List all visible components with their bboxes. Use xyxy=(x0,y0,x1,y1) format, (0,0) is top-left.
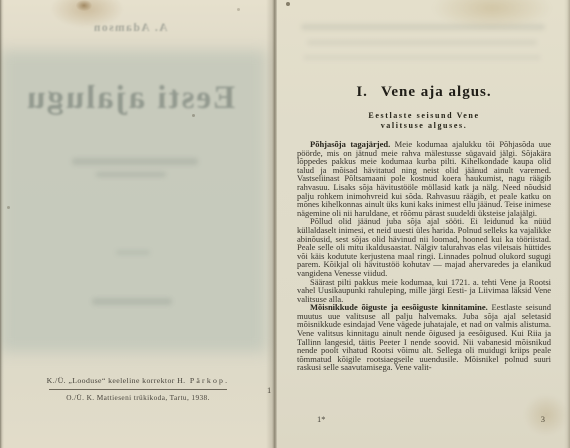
chapter-title: Vene aja algus. xyxy=(381,84,492,100)
paper-speck xyxy=(192,114,195,117)
ghost-title-text: Eesti ajalugu xyxy=(0,80,260,117)
ghost-smudge xyxy=(301,24,545,30)
ghost-smudge xyxy=(72,158,198,165)
book-scan: A. Adamson Eesti ajalugu K./Ü. „Looduse“… xyxy=(0,0,570,448)
page-footer: 1* 3 xyxy=(297,414,551,424)
body-text: Põhjasõja tagajärjed. Meie kodumaa ajalu… xyxy=(297,140,551,372)
paragraph-lead: Põhjasõja tagajärjed. xyxy=(310,139,395,149)
paragraph: Mõisnikkude õiguste ja eesõiguste kinnit… xyxy=(297,303,551,372)
paragraph: Põhjasõja tagajärjed. Meie kodumaa ajalu… xyxy=(297,140,551,217)
footer-page-number: 3 xyxy=(541,414,551,424)
ghost-smudge xyxy=(92,298,172,305)
section-subheading: Eestlaste seisund Vene valitsuse alguses… xyxy=(349,111,499,131)
imprint-printer-line: O./Ü. K. Mattieseni trükikoda, Tartu, 19… xyxy=(14,393,262,402)
page-edge-right xyxy=(564,0,570,448)
paper-speck xyxy=(286,2,290,6)
left-page: A. Adamson Eesti ajalugu K./Ü. „Looduse“… xyxy=(0,0,274,448)
footer-signature-mark: 1* xyxy=(297,414,326,424)
paragraph: Säärast pilti pakkus meie kodumaa, kui 1… xyxy=(297,278,551,304)
right-page: I.Vene aja algus. Eestlaste seisund Vene… xyxy=(277,0,570,448)
ghost-smudge xyxy=(116,250,150,255)
chapter-heading: I.Vene aja algus. xyxy=(297,84,551,101)
text-column: I.Vene aja algus. Eestlaste seisund Vene… xyxy=(297,84,551,372)
ghost-author-text: A. Adamson xyxy=(0,22,260,34)
imprint-divider-rule xyxy=(49,389,227,390)
page-edge-left xyxy=(0,0,4,448)
ghost-smudge xyxy=(96,172,166,177)
imprint-corrector-line: K./Ü. „Looduse“ keeleline korrektor H. P… xyxy=(14,376,262,385)
paragraph: Põllud olid jäänud juba sõja ajal sööti.… xyxy=(297,217,551,277)
paper-speck xyxy=(7,206,10,209)
ghost-smudge xyxy=(303,55,541,60)
paper-speck xyxy=(371,310,373,312)
paper-speck xyxy=(237,8,240,11)
ghost-smudge xyxy=(307,40,537,45)
paragraph-lead: Mõisnikkude õiguste ja eesõiguste kinnit… xyxy=(310,302,492,312)
imprint-corrector-prefix: K./Ü. „Looduse“ keeleline korrektor H. xyxy=(47,376,186,385)
chapter-numeral: I. xyxy=(356,84,368,100)
imprint-corrector-name: Pärkop. xyxy=(188,376,229,385)
imprint-block: K./Ü. „Looduse“ keeleline korrektor H. P… xyxy=(14,376,262,402)
